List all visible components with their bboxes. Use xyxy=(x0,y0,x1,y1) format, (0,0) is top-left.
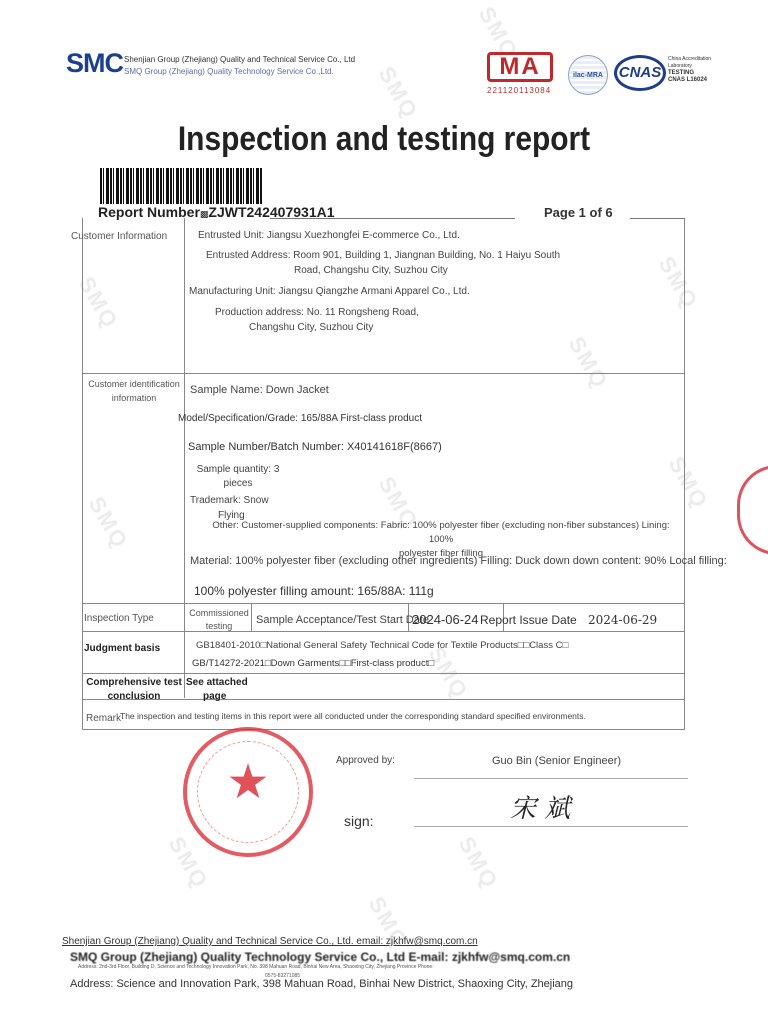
smc-logo: SMC xyxy=(66,48,123,79)
production-address: Production address: No. 11 Rongsheng Roa… xyxy=(215,307,419,318)
label-line: Customer identification xyxy=(84,377,184,391)
company-name: Shenjian Group (Zhejiang) Quality and Te… xyxy=(124,54,355,78)
barcode xyxy=(100,168,262,204)
conclusion-value: See attached page xyxy=(186,676,248,704)
signature-line xyxy=(414,826,688,827)
entrusted-unit: Entrusted Unit: Jiangsu Xuezhongfei E-co… xyxy=(198,230,460,241)
text-line: Trademark: Snow xyxy=(190,493,274,508)
text-line: testing xyxy=(186,620,252,633)
manufacturing-unit: Manufacturing Unit: Jiangsu Qiangzhe Arm… xyxy=(189,286,470,297)
report-issue-date-label: Report Issue Date xyxy=(480,613,577,627)
test-start-date-label: Sample Acceptance/Test Start Date xyxy=(256,614,429,626)
entrusted-address-cont: Road, Changshu City, Suzhou City xyxy=(294,265,448,276)
company-name-line2: SMQ Group (Zhejiang) Quality Technology … xyxy=(124,66,355,78)
filling-amount: 100% polyester filling amount: 165/88A: … xyxy=(194,584,434,598)
inspection-type-value: Commissioned testing xyxy=(186,607,252,633)
model-specification: Model/Specification/Grade: 165/88A First… xyxy=(178,413,422,424)
page-title: Inspection and testing report xyxy=(46,120,722,159)
row-divider xyxy=(83,373,685,374)
official-stamp: ★ xyxy=(183,727,313,857)
ilac-mra-logo: ilac-MRA xyxy=(568,55,608,95)
sign-label: sign: xyxy=(344,813,374,829)
stamp-edge xyxy=(737,465,768,555)
judgment-basis-label: Judgment basis xyxy=(84,643,160,654)
production-address-cont: Changshu City, Suzhou City xyxy=(249,322,373,333)
column-divider xyxy=(184,603,185,698)
footer-address: Address: Science and Innovation Park, 39… xyxy=(70,978,573,990)
text-line: Sample quantity: 3 xyxy=(196,463,280,477)
test-start-date-value: 2024-06-24 xyxy=(412,612,479,627)
customer-information-label: Customer Information xyxy=(71,231,167,242)
batch-number: Sample Number/Batch Number: X40141618F(8… xyxy=(188,441,442,453)
text-line: Comprehensive test xyxy=(84,676,184,690)
report-issue-date-value: 2024-06-29 xyxy=(588,613,657,627)
sample-quantity: Sample quantity: 3 pieces xyxy=(196,463,280,491)
text-line: pieces xyxy=(196,477,280,491)
approved-by-label: Approved by: xyxy=(336,755,395,766)
sample-name: Sample Name: Down Jacket xyxy=(190,384,329,396)
label-line: information xyxy=(84,391,184,405)
cnas-caption-line: CNAS L16024 xyxy=(668,77,711,84)
cnas-caption-line: Laboratory xyxy=(668,63,711,70)
text-line: conclusion xyxy=(84,690,184,704)
cnas-caption-line: TESTING xyxy=(668,70,711,77)
row-divider xyxy=(83,673,685,674)
cnas-logo: CNAS xyxy=(614,55,666,91)
cma-number: 221120113084 xyxy=(487,86,551,95)
judgment-standard-2: GB/T14272-2021□Down Garments□□First-clas… xyxy=(192,658,434,669)
row-divider xyxy=(83,631,685,632)
text-line: Other: Customer-supplied components: Fab… xyxy=(206,519,676,547)
text-line: Commissioned xyxy=(186,607,252,620)
customer-identification-label: Customer identification information xyxy=(84,377,184,405)
text-line: page xyxy=(186,690,248,704)
conclusion-label: Comprehensive test conclusion xyxy=(84,676,184,704)
approver-name: Guo Bin (Senior Engineer) xyxy=(492,755,621,767)
signature: 宋 斌 xyxy=(510,788,570,825)
column-divider xyxy=(184,218,185,603)
inspection-type-label: Inspection Type xyxy=(84,613,154,624)
star-icon: ★ xyxy=(187,759,309,807)
cnas-caption-line: China Accreditation xyxy=(668,56,711,63)
entrusted-address: Entrusted Address: Room 901, Building 1,… xyxy=(206,250,560,261)
cnas-caption: China Accreditation Laboratory TESTING C… xyxy=(668,56,711,84)
judgment-standard-1: GB18401-2010□National General Safety Tec… xyxy=(196,640,568,651)
watermark: SMQ xyxy=(373,62,424,124)
approver-line xyxy=(414,778,688,779)
watermark: SMQ xyxy=(453,832,504,894)
remark-text: The inspection and testing items in this… xyxy=(120,711,586,721)
material-description: Material: 100% polyester fiber (excludin… xyxy=(190,555,727,567)
footer-company-line: Shenjian Group (Zhejiang) Quality and Te… xyxy=(62,936,478,947)
text-line: See attached xyxy=(186,676,248,690)
cma-logo: MA xyxy=(487,52,553,82)
company-name-line1: Shenjian Group (Zhejiang) Quality and Te… xyxy=(124,54,355,66)
row-divider xyxy=(83,603,685,604)
footer-company-line-en: SMQ Group (Zhejiang) Quality Technology … xyxy=(70,950,570,964)
remark-label: Remark xyxy=(86,713,121,724)
footer-address-small: Address: 2nd-3rd Floor, Building D, Scie… xyxy=(78,964,434,970)
